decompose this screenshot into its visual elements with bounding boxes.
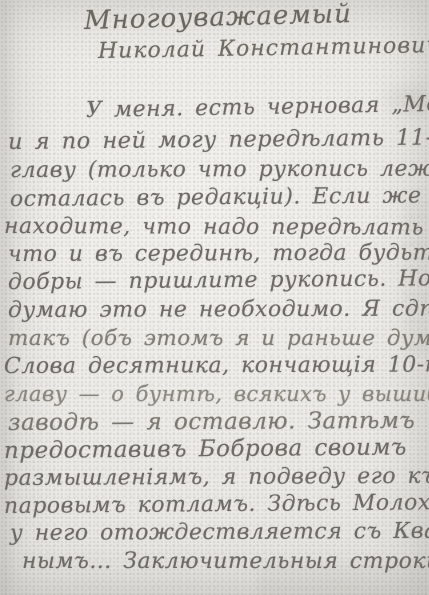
handwritten-line: думаю это не необходимо. Я сдѣлаю — [8, 296, 429, 323]
letter-scan-page: Многоуважаемый Николай Константиновичъ! … — [0, 0, 429, 595]
handwritten-line: осталась въ редакціи). Если же Вы — [10, 183, 429, 212]
handwritten-line: размышленіямъ, я подведу его къ — [4, 464, 429, 491]
handwritten-line: У меня. есть черновая „Молоха“ — [86, 91, 429, 123]
handwritten-line: паровымъ котламъ. Здѣсь Молохъ — [4, 490, 429, 519]
handwritten-line: что и въ серединѣ, тогда будьте — [8, 240, 429, 267]
handwritten-line: и я по ней могу передѣлать 11-ю — [8, 124, 429, 155]
handwritten-line: такъ (объ этомъ я и раньше думалъ): — [8, 326, 429, 351]
handwritten-line: добры — пришлите рукопись. Но я — [8, 266, 429, 295]
handwritten-line: у него отождествляется съ Квашни- — [10, 518, 429, 546]
handwritten-line: находите, что надо передѣлать кое — [4, 214, 429, 241]
handwritten-line: нымъ... Заключительныя строки. — [22, 549, 429, 574]
handwritten-line: предоставивъ Боброва своимъ — [4, 434, 407, 464]
handwritten-line: заводѣ — я оставлю. Затѣмъ — [8, 408, 415, 436]
handwritten-line: Слова десятника, кончающія 10-ю — [4, 352, 429, 379]
handwritten-line: главу (только что рукопись лежитъ — [10, 156, 429, 183]
salutation-line-1: Многоуважаемый — [84, 0, 353, 36]
salutation-line-2: Николай Константиновичъ! — [98, 33, 429, 64]
handwritten-line: главу — о бунтѣ, всякихъ у вышибаніи — [4, 382, 429, 406]
